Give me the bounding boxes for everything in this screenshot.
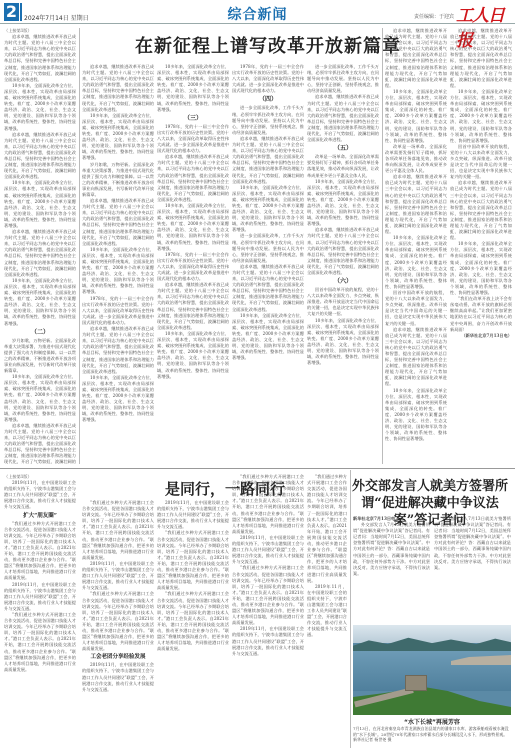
paragraph: “我们通过多种方式开展港口工会合作交流活动，促进各国港口技能人才培训交流。今年已… (232, 565, 304, 626)
paragraph: “我们通过多种方式开展港口工会合作交流活动，促进各国港口技能人才培训交流。今年已… (4, 521, 76, 582)
paragraph: 10多年来，全面深化改革全方位、深层次、根本性，实现改革由局部探索、破冰突围到系… (450, 89, 512, 144)
paragraph: 追求卓越，继续推进改革开放已成为时代主题。党的十八届三中全会以来，以习近平同志为… (4, 132, 76, 181)
paragraph: 追求卓越，继续推进改革开放已成为时代主题。党的十八届三中全会以来，以习近平同志为… (385, 28, 447, 89)
paragraph: 10多年来，全面深化改革全方位、深层次、根本性，实现改革由局部探索、破冰突围到系… (4, 83, 76, 132)
caption-text: 7月13日，在河北省秦皇岛市青龙满族自治县境内的潘家口水库，游客乘船观看被水淹没… (353, 726, 509, 737)
paragraph: 追求卓越，继续推进改革开放已成为时代主题。党的十八届三中全会以来，以习近平同志为… (157, 282, 229, 331)
subheading: 扩大“朋友圈” (4, 511, 76, 521)
paragraph: 追求卓越，继续推进改革开放已成为时代主题。党的十八届三中全会以来，以习近平同志为… (82, 64, 154, 113)
second-article-col-3: 2019年11月，在中国建设职工会的组织支持下，宁波市山港集团工会与港口工作人员… (157, 500, 229, 748)
main-headline: 在新征程上谱写改革开放新篇章 (135, 32, 375, 58)
second-article-col-1: （上接第1版） 2019年11月，在中国建设职工会的组织支持下，宁波市山港集团工… (4, 474, 76, 748)
paragraph: 10多年来，全面深化改革全方位、深层次、根本性，实现改革由局部探索、破冰突围到系… (157, 331, 229, 380)
paragraph: 外交部发言人7月13日就美方签署所谓“促进解决藏中争议法案”答记者问。有记者问：… (353, 522, 430, 577)
paragraph: 2019年11月，在中国建设职工会的组织支持下，宁波市山港集团工会与港口工作人员… (4, 582, 76, 612)
paragraph: 追求卓越，继续推进改革开放已成为时代主题。党的十八届三中全会以来，以习近平同志为… (307, 227, 379, 276)
paragraph: 2019年11月，在中国建设职工会的组织支持下，宁波市山港集团工会与港口工作人员… (232, 626, 304, 656)
second-article-col-5: “我们通过多种方式开展港口工会合作交流活动，促进各国港口技能人才培训交流。今年已… (307, 474, 347, 748)
paragraph: 10多年来，全面深化改革全方位、深层次、根本性，实现改革由局部探索、破冰突围到系… (82, 375, 154, 424)
paragraph: 回首中国改革开放的航程，党的十八大以来改革全面发力、多点突破、纵深推进。改革开放… (450, 144, 512, 181)
paragraph: “我们在改革开放上决不会有丝毫动摇，改革开放的旗帜必须继续高高举起。”让我们更加… (450, 296, 512, 333)
section-marker: （六） (307, 276, 379, 287)
dateline: 新华社北京7月13日电 (353, 516, 395, 521)
photo-caption: 7月13日，在河北省秦皇岛市青龙满族自治县境内的潘家口水库，游客乘船观看被水淹没… (353, 726, 511, 743)
paragraph: “我们通过多种方式开展港口工会合作交流活动，促进各国港口技能人才培训交流。今年已… (157, 591, 229, 652)
paragraph: 追求卓越，继续推进改革开放已成为时代主题。党的十八届三中全会以来，以习近平同志为… (4, 34, 76, 83)
dateline-note: （新华社北京7月13日电） (450, 333, 512, 339)
paragraph: 进一步全面深化改革，工作千头万绪，必须牢牢抓住改革主攻方向，在问题导向中推动发展… (232, 233, 304, 263)
second-article-col-4: “我们通过多种方式开展港口工会合作交流活动，促进各国港口技能人才培训交流。今年已… (232, 474, 304, 748)
editor-credit: 责任编辑：于迎宾 (414, 13, 454, 20)
second-article-col-2: “我们通过多种方式开展港口工会合作交流活动，促进各国港口技能人才培训交流。今年已… (82, 500, 154, 748)
paragraph: 10多年来，全面深化改革全方位、深层次、根本性，实现改革由局部探索、破冰突围到系… (385, 89, 447, 144)
paragraph: “我们通过多种方式开展港口工会合作交流活动，促进各国港口技能人才培训交流。今年已… (82, 500, 154, 561)
paragraph: 10多年来，全面深化改革全方位、深层次、根本性，实现改革由局部探索、破冰突围到系… (385, 388, 447, 443)
paragraph: “我们通过多种方式开展港口工会合作交流活动，促进各国港口技能人才培训交流。今年已… (4, 612, 76, 673)
masthead: 2 2024年7月14日 星期日 综合新闻 责任编辑：于迎宾 工人日报 (0, 0, 515, 24)
paragraph: 1978年，党的十一届三中全会作出实行改革开放的历史性决策。党的十八大以来，全面… (82, 296, 154, 326)
paragraph: 追求卓越，继续推进改革开放已成为时代主题。党的十八届三中全会以来，以习近平同志为… (232, 264, 304, 313)
paragraph: 10多年来，全面深化改革全方位、深层次、根本性，实现改革由局部探索、破冰突围到系… (307, 179, 379, 228)
column-divider (382, 28, 383, 464)
paragraph: 1978年，党的十一届三中全会作出实行改革开放的历史性决策。党的十八大以来，全面… (157, 124, 229, 154)
paragraph: 10多年来，全面深化改革全方位、深层次、根本性，实现改革由局部探索、破冰突围到系… (157, 64, 229, 113)
paragraph: 回首中国改革开放的航程，党的十八大以来改革全面发力、多点突破、纵深推进。改革开放… (307, 287, 379, 317)
paragraph: 进一步全面深化改革，工作千头万绪，必须牢牢抓住改革主攻方向，在问题导向中推动发展… (307, 64, 379, 94)
subheading: 工会老团分享经验发展 (82, 652, 154, 662)
paragraph: 10多年来，全面深化改革全方位、深层次、根本性，实现改革由局部探索、破冰突围到系… (307, 318, 379, 367)
main-article-col-5: 进一步全面深化改革，工作千头万绪，必须牢牢抓住改革主攻方向，在问题导向中推动发展… (307, 64, 379, 464)
paragraph: 追求卓越，继续推进改革开放已成为时代主题。党的十八届三中全会以来，以习近平同志为… (385, 174, 447, 235)
paragraph: 岁月如歌，万物更新。全面深化改革重大决策部署，为推进中国式现代化提供了强大动力和… (4, 338, 76, 375)
section-marker: （五） (307, 143, 379, 154)
paragraph: 追求卓越，继续推进改革开放已成为时代主题。党的十八届三中全会以来，以习近平同志为… (4, 423, 76, 464)
column-divider (79, 28, 80, 464)
paragraph: 2019年11月，在中国建设职工会的组织支持下，宁波市山港集团工会与港口工作人员… (82, 561, 154, 591)
paragraph: 追求卓越，继续推进改革开放已成为时代主题。党的十八届三中全会以来，以习近平同志为… (157, 154, 229, 203)
paragraph: “我们通过多种方式开展港口工会合作交流活动，促进各国港口技能人才培训交流。今年已… (307, 474, 347, 584)
paragraph: 10多年来，全面深化改革全方位、深层次、根本性，实现改革由局部探索、破冰突围到系… (157, 203, 229, 252)
paragraph: 改革是一场革命。全面深化改革需要发扬钉钉子精神，抓好各项改革任务落地见效，推动改… (307, 154, 379, 178)
paragraph: 10多年来，全面深化改革全方位、深层次、根本性，实现改革由局部探索、破冰突围到系… (4, 278, 76, 327)
main-article-col-7: 追求卓越，继续推进改革开放已成为时代主题。党的十八届三中全会以来，以习近平同志为… (450, 28, 512, 464)
paragraph: 1978年，党的十一届三中全会作出实行改革开放的历史性决策。党的十八大以来，全面… (232, 64, 304, 94)
section-marker: （三） (157, 113, 229, 124)
photo-title: “水下长城”再展芳容 (353, 717, 511, 726)
third-article-col-2: 外交部发言人7月13日就美方签署所谓“促进解决藏中争议法案”答记者问。有记者问：… (434, 516, 511, 622)
paragraph: 10多年来，全面深化改革全方位、深层次、根本性，实现改革由局部探索、破冰突围到系… (385, 235, 447, 290)
paragraph: “我们通过多种方式开展港口工会合作交流活动，促进各国港口技能人才培训交流。今年已… (82, 591, 154, 652)
paragraph: 追求卓越，继续推进改革开放已成为时代主题。党的十八届三中全会以来，以习近平同志为… (82, 326, 154, 375)
paragraph: 追求卓越，继续推进改革开放已成为时代主题。党的十八届三中全会以来，以习近平同志为… (450, 180, 512, 241)
paragraph: “我们通过多种方式开展港口工会合作交流活动，促进各国港口技能人才培训交流。今年已… (157, 530, 229, 591)
paragraph: 10多年来，全面深化改革全方位、深层次、根本性，实现改革由局部探索、破冰突围到系… (232, 313, 304, 362)
paragraph: 追求卓越，继续推进改革开放已成为时代主题。党的十八届三中全会以来，以习近平同志为… (232, 136, 304, 185)
paragraph: 2019年11月，在中国建设职工会的组织支持下，宁波市山港集团工会与港口工作人员… (82, 662, 154, 692)
paragraph: 2019年11月，在中国建设职工会的组织支持下，宁波市山港集团工会与港口工作人员… (307, 584, 347, 639)
paragraph: 10多年来，全面深化改革全方位、深层次、根本性，实现改革由局部探索、破冰突围到系… (82, 113, 154, 162)
paragraph: 改革是一场革命。全面深化改革需要发扬钉钉子精神，抓好各项改革任务落地见效，推动改… (385, 144, 447, 174)
paragraph: 10多年来，全面深化改革全方位、深层次、根本性，实现改革由局部探索、破冰突围到系… (82, 247, 154, 296)
main-article-col-1: （上接第1版） 追求卓越，继续推进改革开放已成为时代主题。党的十八届三中全会以来… (4, 28, 76, 464)
section-marker: （四） (232, 94, 304, 105)
main-article-col-4: 1978年，党的十一届三中全会作出实行改革开放的历史性决策。党的十八大以来，全面… (232, 64, 304, 464)
paragraph: 追求卓越，继续推进改革开放已成为时代主题。党的十八届三中全会以来，以习近平同志为… (4, 229, 76, 278)
paragraph: “我们通过多种方式开展港口工会合作交流活动，促进各国港口技能人才培训交流。今年已… (232, 474, 304, 535)
paragraph: 追求卓越，继续推进改革开放已成为时代主题。党的十八届三中全会以来，以习近平同志为… (450, 28, 512, 89)
paragraph: 10多年来，全面深化改革全方位、深层次、根本性，实现改革由局部探索、破冰突围到系… (4, 180, 76, 229)
paragraph: 10多年来，全面深化改革全方位、深层次、根本性，实现改革由局部探索、破冰突围到系… (232, 185, 304, 234)
paragraph: 进一步全面深化改革，工作千头万绪，必须牢牢抓住改革主攻方向，在问题导向中推动发展… (232, 105, 304, 135)
main-article-col-3: 10多年来，全面深化改革全方位、深层次、根本性，实现改革由局部探索、破冰突围到系… (157, 64, 229, 464)
paragraph: 追求卓越，继续推进改革开放已成为时代主题。党的十八届三中全会以来，以习近平同志为… (307, 94, 379, 143)
paragraph: 2019年11月，在中国建设职工会的组织支持下，宁波市山港集团工会与港口工作人员… (157, 500, 229, 530)
paragraph: 1978年，党的十一届三中全会作出实行改革开放的历史性决策。党的十八大以来，全面… (157, 252, 229, 282)
paragraph: 2019年11月，在中国建设职工会的组织支持下，宁波市山港集团工会与港口工作人员… (4, 480, 76, 510)
paragraph: 2019年11月，在中国建设职工会的组织支持下，宁波市山港集团工会与港口工作人员… (232, 535, 304, 565)
section-divider (0, 468, 515, 469)
paragraph: 追求卓越，继续推进改革开放已成为时代主题。党的十八届三中全会以来，以习近平同志为… (385, 327, 447, 388)
third-article-col-1: 新华社北京7月13日电 外交部发言人7月13日就美方签署所谓“促进解决藏中争议法… (353, 516, 430, 622)
great-wall-photo (353, 625, 511, 715)
paragraph: 外交部发言人7月13日就美方签署所谓“促进解决藏中争议法案”答记者问。有记者问：… (434, 516, 511, 571)
paragraph: 追求卓越，继续推进改革开放已成为时代主题。党的十八届三中全会以来，以习近平同志为… (82, 198, 154, 247)
paragraph: 回首中国改革开放的航程，党的十八大以来改革全面发力、多点突破、纵深推进。改革开放… (385, 290, 447, 327)
photo-credit: 新华社记者 杨世尧 摄 (353, 737, 392, 742)
main-article-col-2: 追求卓越，继续推进改革开放已成为时代主题。党的十八届三中全会以来，以习近平同志为… (82, 64, 154, 464)
paragraph: 10多年来，全面深化改革全方位、深层次、根本性，实现改革由局部探索、破冰突围到系… (450, 241, 512, 296)
paragraph: 10多年来，全面深化改革全方位、深层次、根本性，实现改革由局部探索、破冰突围到系… (4, 374, 76, 423)
main-article-col-6: 追求卓越，继续推进改革开放已成为时代主题。党的十八届三中全会以来，以习近平同志为… (385, 28, 447, 464)
section-marker: （二） (4, 327, 76, 338)
paragraph: 岁月如歌，万物更新。全面深化改革重大决策部署，为推进中国式现代化提供了强大动力和… (82, 162, 154, 199)
